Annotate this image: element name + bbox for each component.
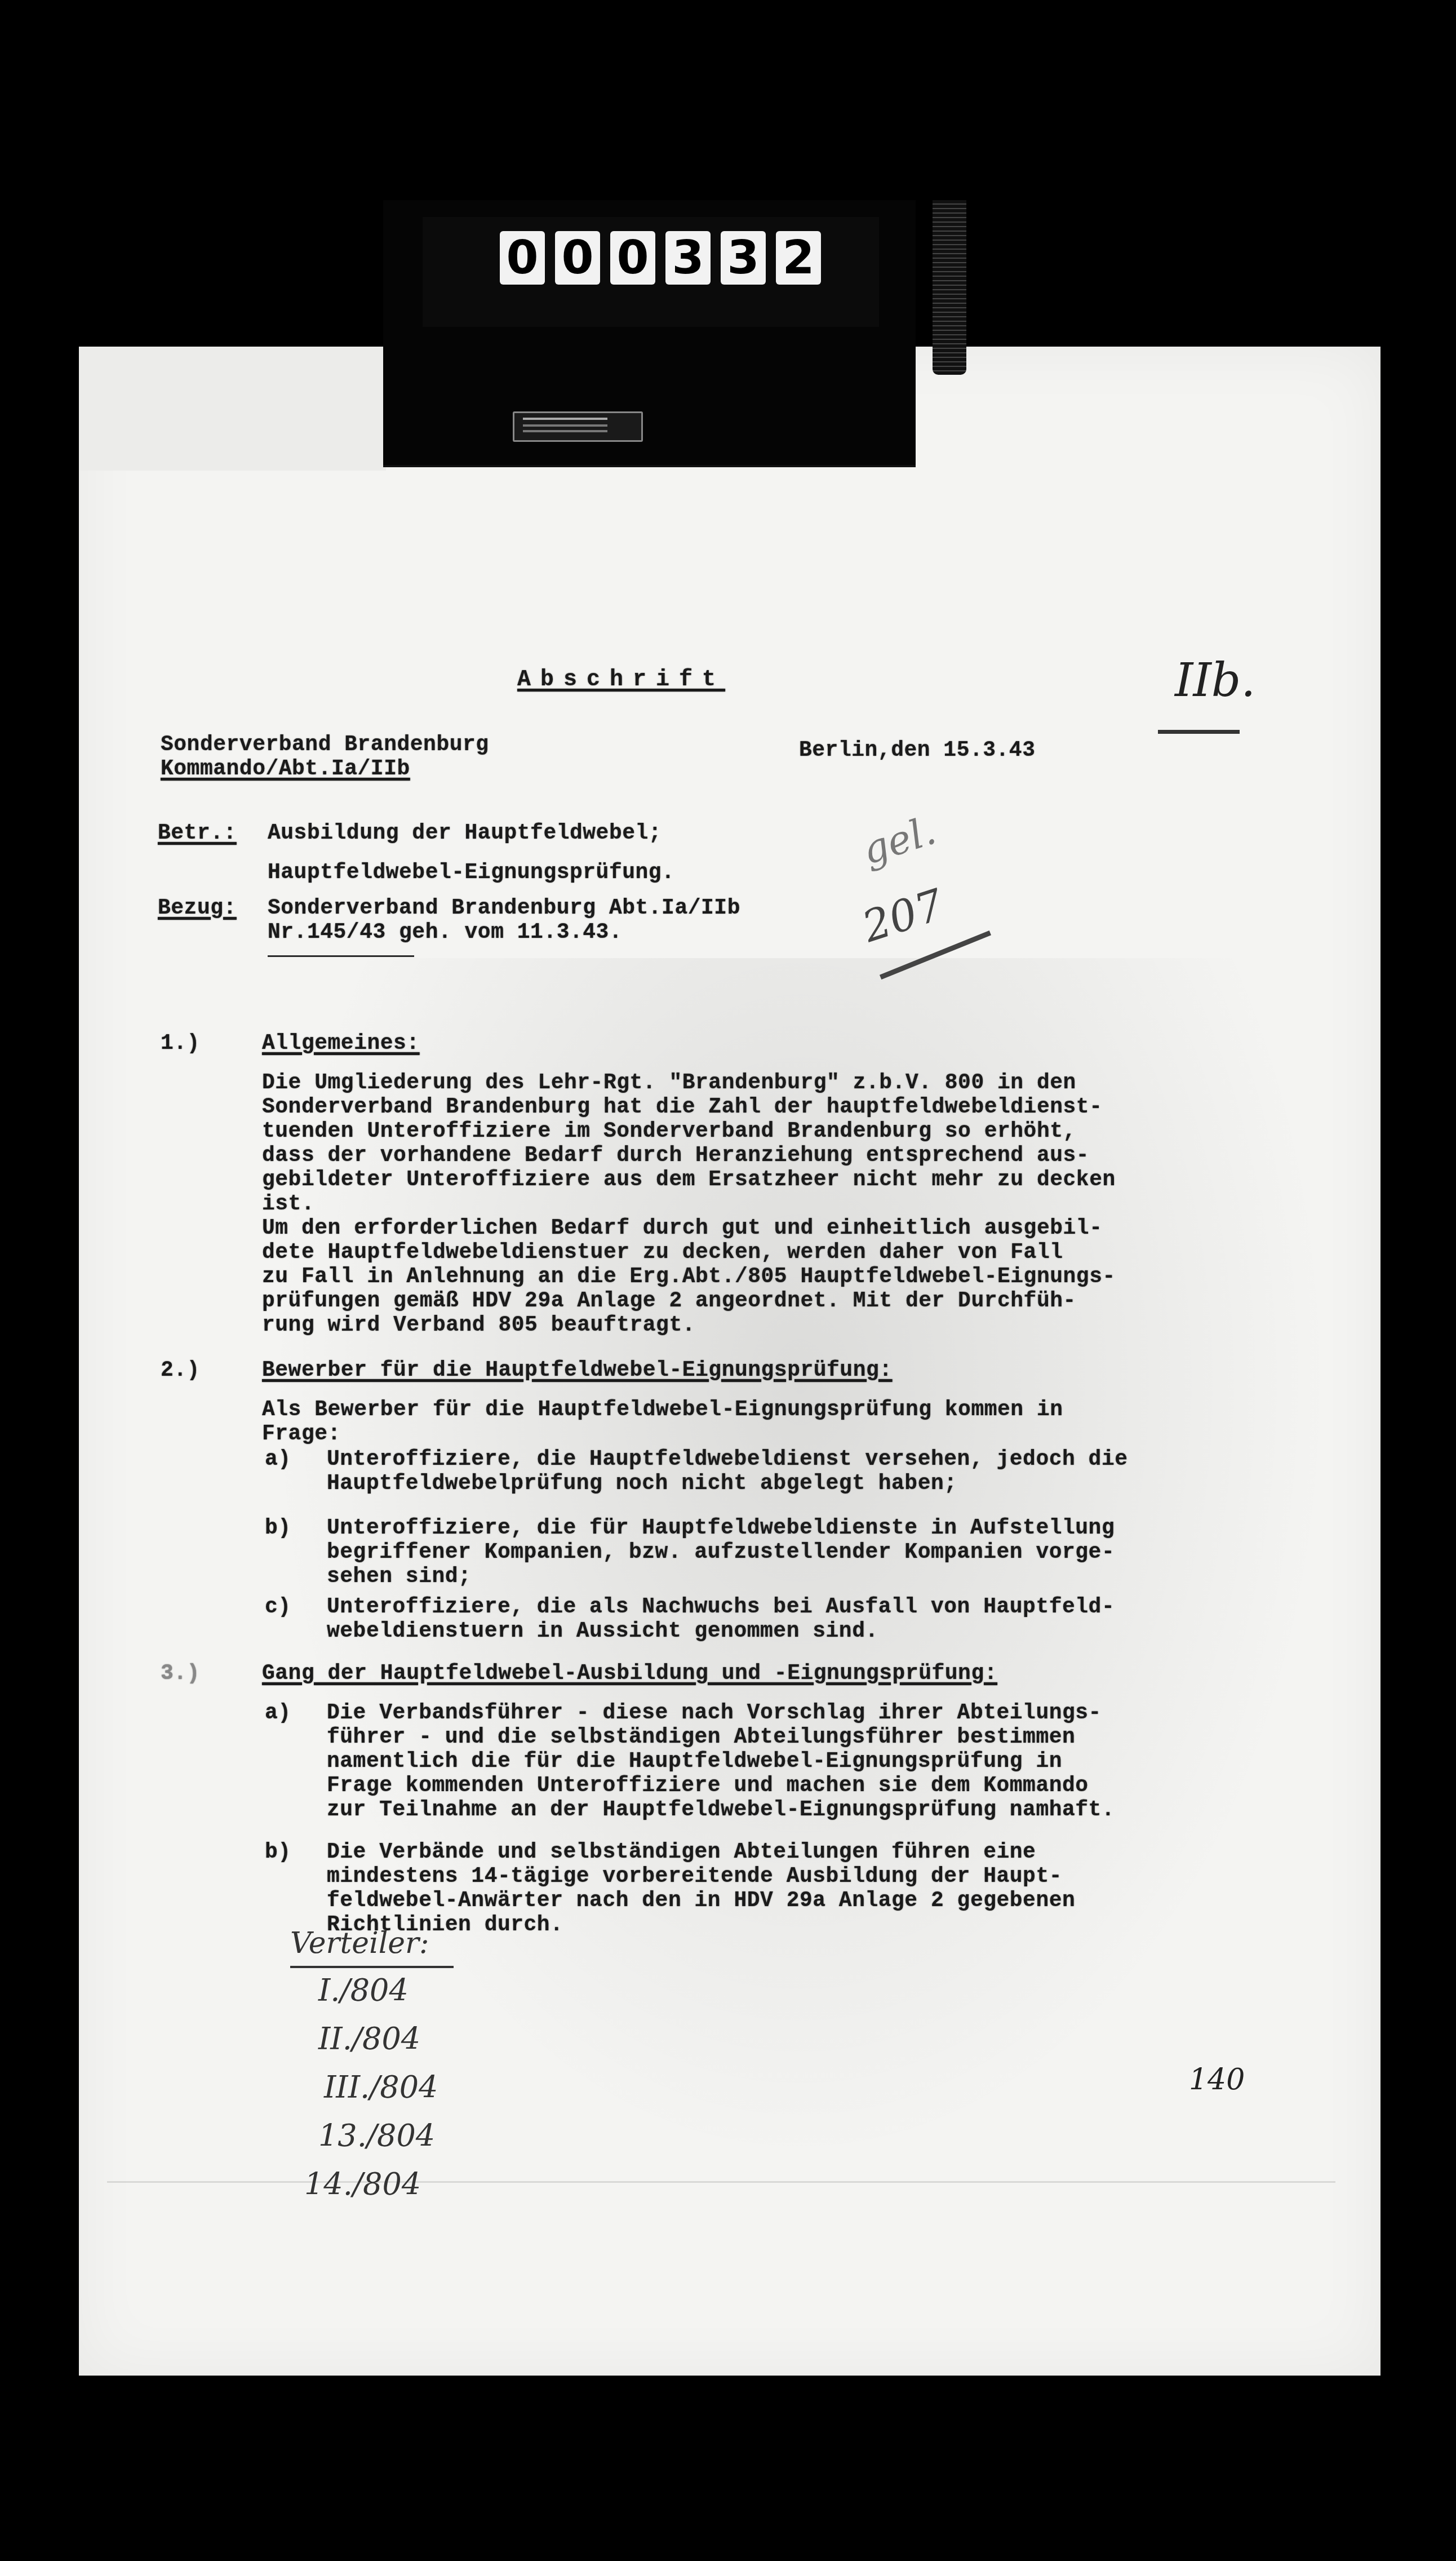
list-item-line: Unteroffiziere, die als Nachwuchs bei Au… [327,1595,1115,1619]
counter-digit: 0 [555,231,600,285]
counter-knob [933,200,966,375]
distribution-entry: III./804 [324,2070,438,2105]
list-item-letter: b) [265,1840,291,1864]
counter-digit: 3 [721,231,766,285]
list-item-line: Frage kommenden Unteroffiziere und mache… [327,1774,1089,1798]
body-line: Frage: [262,1422,341,1446]
list-item-letter: b) [265,1516,291,1540]
counter-label-plate [513,411,643,442]
sender-line-2: Kommando/Abt.Ia/IIb [161,757,410,781]
list-item-line: webeldienstuern in Aussicht genommen sin… [327,1619,878,1643]
section-number: 2.) [161,1358,200,1383]
body-line: ist. [262,1192,314,1216]
distribution-heading: Verteiler: [290,1926,429,1960]
distribution-entry: 13./804 [318,2118,435,2154]
list-item-line: feldwebel-Anwärter nach den in HDV 29a A… [327,1889,1075,1913]
bezug-line-1: Sonderverband Brandenburg Abt.Ia/IIb [268,896,740,920]
counter-digit: 3 [665,231,711,285]
place-date: Berlin,den 15.3.43 [799,738,1035,763]
list-item-line: führer - und die selbständigen Abteilung… [327,1725,1075,1749]
list-item-line: Unteroffiziere, die für Hauptfeldwebeldi… [327,1516,1115,1540]
section-heading: Gang der Hauptfeldwebel-Ausbildung und -… [262,1661,997,1686]
list-item-line: Unteroffiziere, die Hauptfeldwebeldienst… [327,1447,1128,1472]
body-line: zu Fall in Anlehnung an die Erg.Abt./805… [262,1265,1116,1289]
body-line: dete Hauptfeldwebeldienstuer zu decken, … [262,1240,1063,1265]
body-line: Als Bewerber für die Hauptfeldwebel-Eign… [262,1398,1063,1422]
distribution-heading-underline [290,1966,454,1968]
list-item-letter: a) [265,1701,291,1725]
list-item-line: zur Teilnahme an der Hauptfeldwebel-Eign… [327,1798,1115,1822]
betr-line-2: Hauptfeldwebel-Eignungsprüfung. [268,861,674,885]
paper-corner [79,347,386,471]
betr-label: Betr.: [158,821,237,845]
betr-line-1: Ausbildung der Hauptfeldwebel; [268,821,662,845]
body-line: rung wird Verband 805 beauftragt. [262,1313,695,1337]
list-item-line: begriffener Kompanien, bzw. aufzustellen… [327,1540,1115,1565]
distribution-entry: 14./804 [304,2166,421,2202]
distribution-entry: II./804 [318,2021,420,2057]
section-number: 3.) [161,1661,200,1686]
underlying-sheet-edge [107,2181,1335,2183]
list-item-letter: c) [265,1595,291,1619]
body-line: prüfungen gemäß HDV 29a Anlage 2 angeord… [262,1289,1076,1313]
body-line: tuenden Unteroffiziere im Sonderverband … [262,1119,1076,1144]
bezug-label: Bezug: [158,896,237,920]
list-item-letter: a) [265,1447,291,1472]
distribution-entry: I./804 [318,1973,409,2008]
body-line: dass der vorhandene Bedarf durch Heranzi… [262,1144,1089,1168]
body-line: Die Umgliederung des Lehr-Rgt. "Brandenb… [262,1071,1076,1095]
section-heading: Allgemeines: [262,1031,420,1056]
section-number: 1.) [161,1031,200,1056]
frame-counter: 0 0 0 3 3 2 [383,200,916,467]
list-item-line: Die Verbände und selbständigen Abteilung… [327,1840,1036,1864]
body-line: Um den erforderlichen Bedarf durch gut u… [262,1216,1102,1240]
section-heading: Bewerber für die Hauptfeldwebel-Eignungs… [262,1358,893,1383]
list-item-line: mindestens 14-tägige vorbereitende Ausbi… [327,1864,1062,1889]
list-item-line: Hauptfeldwebelprüfung noch nicht abgeleg… [327,1472,957,1496]
counter-digit: 0 [500,231,545,285]
bezug-underline [268,955,414,957]
document-title: Abschrift [517,668,725,692]
handwritten-page-number: 140 [1189,2063,1245,2097]
counter-digit: 0 [610,231,655,285]
counter-digits: 0 0 0 3 3 2 [500,231,821,285]
list-item-line: sehen sind; [327,1565,471,1589]
handwritten-corner-mark: IIb. [1175,654,1255,707]
sender-line-1: Sonderverband Brandenburg [161,733,489,757]
counter-digit: 2 [776,231,821,285]
corner-mark-underline [1158,730,1240,734]
body-line: gebildeter Unteroffiziere aus dem Ersatz… [262,1168,1116,1192]
bezug-line-2: Nr.145/43 geh. vom 11.3.43. [268,920,622,945]
body-line: Sonderverband Brandenburg hat die Zahl d… [262,1095,1102,1119]
list-item-line: namentlich die für die Hauptfeldwebel-Ei… [327,1749,1062,1774]
list-item-line: Die Verbandsführer - diese nach Vorschla… [327,1701,1102,1725]
